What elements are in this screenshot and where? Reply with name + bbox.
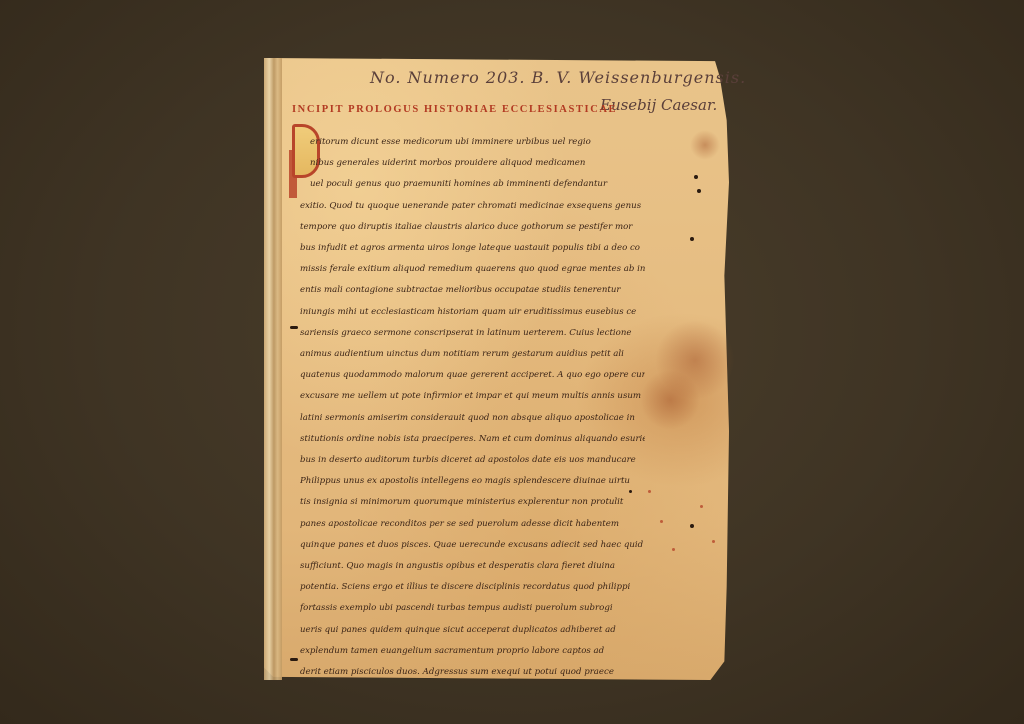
shelfmark-annotation: No. Numero 203. B. V. Weissenburgensis. xyxy=(370,68,746,87)
water-stain xyxy=(640,370,700,430)
text-line: uel poculi genus quo praemuniti homines … xyxy=(300,174,645,195)
text-line: animus audientium uinctus dum notitiam r… xyxy=(300,344,645,365)
red-speck xyxy=(660,520,663,523)
text-line: fortassis exemplo ubi pascendi turbas te… xyxy=(300,598,645,619)
text-line: explendum tamen euangelium sacramentum p… xyxy=(300,641,645,662)
text-line: excusare me uellem ut pote infirmior et … xyxy=(300,386,645,407)
red-speck xyxy=(712,540,715,543)
ink-spot xyxy=(694,175,698,179)
text-line: latini sermonis amiserim considerauit qu… xyxy=(300,408,645,429)
rubric-title: Incipit prologus historiae ecclesiastica… xyxy=(292,104,617,115)
text-line: sariensis graeco sermone conscripserat i… xyxy=(300,323,645,344)
text-line: bus infudit et agros armenta uiros longe… xyxy=(300,238,645,259)
red-speck xyxy=(700,505,703,508)
photo-scene: No. Numero 203. B. V. Weissenburgensis. … xyxy=(0,0,1024,724)
margin-annotation: Eusebij Caesar. xyxy=(600,96,717,114)
text-line: iniungis mihi ut ecclesiasticam historia… xyxy=(300,302,645,323)
text-line: ueris qui panes quidem quinque sicut acc… xyxy=(300,620,645,641)
ink-spot xyxy=(690,237,694,241)
text-line: potentia. Sciens ergo et illius te disce… xyxy=(300,577,645,598)
text-line: nibus generales uiderint morbos prouider… xyxy=(300,153,645,174)
text-line: tis insignia si minimorum quorumque mini… xyxy=(300,492,645,513)
text-line: eritorum dicunt esse medicorum ubi immin… xyxy=(300,132,645,153)
text-line: sufficiunt. Quo magis in angustis opibus… xyxy=(300,556,645,577)
text-line: stitutionis ordine nobis ista praecipere… xyxy=(300,429,645,450)
text-line: tempore quo diruptis italiae claustris a… xyxy=(300,217,645,238)
text-line: exitio. Quod tu quoque uenerande pater c… xyxy=(300,196,645,217)
text-line: bus in deserto auditorum turbis diceret … xyxy=(300,450,645,471)
text-line: quinque panes et duos pisces. Quae uerec… xyxy=(300,535,645,556)
ink-mark xyxy=(290,326,298,329)
red-speck xyxy=(672,548,675,551)
binding-edge xyxy=(264,58,282,680)
text-line: quatenus quodammodo malorum quae gereren… xyxy=(300,365,645,386)
text-line: missis ferale exitium aliquod remedium q… xyxy=(300,259,645,280)
text-line: Philippus unus ex apostolis intellegens … xyxy=(300,471,645,492)
ink-spot xyxy=(697,189,701,193)
manuscript-text: eritorum dicunt esse medicorum ubi immin… xyxy=(300,132,645,683)
text-line: panes apostolicae reconditos per se sed … xyxy=(300,514,645,535)
ink-spot xyxy=(690,524,694,528)
red-speck xyxy=(648,490,651,493)
text-line: entis mali contagione subtractae meliori… xyxy=(300,280,645,301)
ink-mark xyxy=(290,658,298,661)
water-stain xyxy=(690,130,720,160)
text-line: derit etiam pisciculos duos. Adgressus s… xyxy=(300,662,645,683)
